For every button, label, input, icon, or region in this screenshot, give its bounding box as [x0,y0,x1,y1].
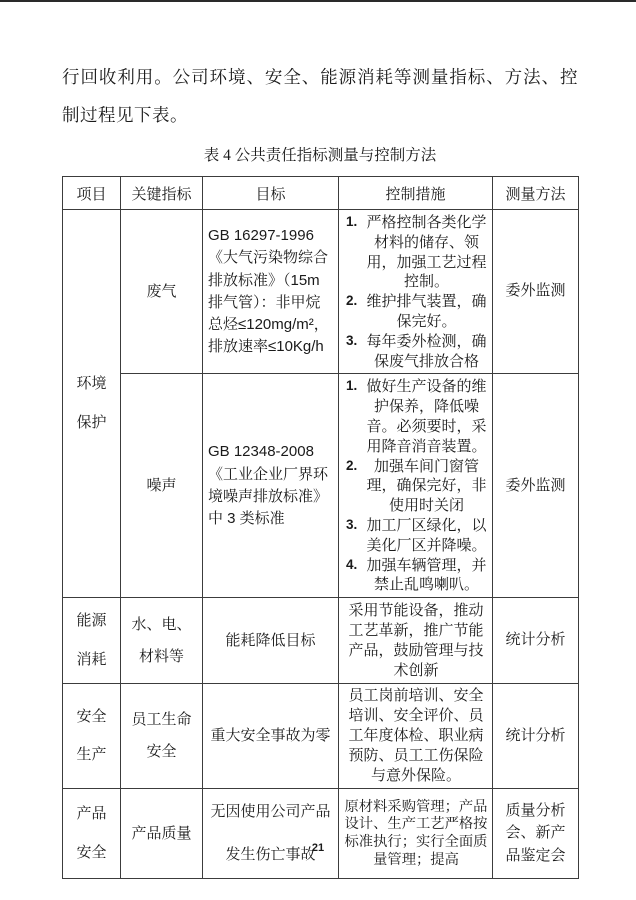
cell-project-product: 产品安全 [63,788,121,879]
cell-indicator-energy: 水、电、材料等 [121,598,203,684]
cell-measures-exhaust: 严格控制各类化学材料的储存、领用，加强工艺过程控制。 维护排气装置，确保完好。 … [339,210,493,374]
measure-item: 维护排气装置，确保完好。 [344,292,488,332]
cell-measures-noise: 做好生产设备的维护保养，降低噪音。必须要时，采用降音消音装置。 加强车间门窗管理… [339,374,493,598]
cell-project-safety: 安全生产 [63,684,121,789]
cell-method-safety: 统计分析 [493,684,579,789]
column-header-indicator: 关键指标 [121,177,203,210]
cell-method-product: 质量分析会、新产品鉴定会 [493,788,579,879]
measure-item: 严格控制各类化学材料的储存、领用，加强工艺过程控制。 [344,213,488,292]
table-row-exhaust: 环境保护 废气 GB 16297-1996 《大气污染物综合排放标准》（15m … [63,210,579,374]
column-header-measures: 控制措施 [339,177,493,210]
cell-method-energy: 统计分析 [493,598,579,684]
cell-indicator-safety: 员工生命安全 [121,684,203,789]
measure-list: 做好生产设备的维护保养，降低噪音。必须要时，采用降音消音装置。 加强车间门窗管理… [344,377,488,595]
table-header-row: 项目 关键指标 目标 控制措施 测量方法 [63,177,579,210]
cell-measures-safety: 员工岗前培训、安全培训、安全评价、员工年度体检、职业病预防、员工工伤保险与意外保… [339,684,493,789]
column-header-target: 目标 [203,177,339,210]
table-row-energy: 能源消耗 水、电、材料等 能耗降低目标 采用节能设备，推动工艺革新，推广节能产品… [63,598,579,684]
cell-indicator-exhaust: 废气 [121,210,203,374]
measure-item: 加工厂区绿化，以美化厂区并降噪。 [344,516,488,556]
measure-item: 加强车间门窗管理，确保完好，非使用时关闭 [344,457,488,516]
measure-item: 每年委外检测，确保废气排放合格 [344,332,488,372]
table-row-safety: 安全生产 员工生命安全 重大安全事故为零 员工岗前培训、安全培训、安全评价、员工… [63,684,579,789]
cell-project-environment: 环境保护 [63,210,121,598]
intro-paragraph: 行回收利用。公司环境、安全、能源消耗等测量指标、方法、控制过程见下表。 [62,58,578,134]
column-header-method: 测量方法 [493,177,579,210]
cell-project-energy: 能源消耗 [63,598,121,684]
cell-target-safety: 重大安全事故为零 [203,684,339,789]
measure-item: 加强车辆管理，并禁止乱鸣喇叭。 [344,556,488,596]
cell-target-product: 无因使用公司产品发生伤亡事故 [203,788,339,879]
cell-target-noise: GB 12348-2008 《工业企业厂界环境噪声排放标准》中 3 类标准 [203,374,339,598]
table-row-product: 产品安全 产品质量 无因使用公司产品发生伤亡事故 原材料采购管理；产品设计、生产… [63,788,579,879]
responsibility-table: 项目 关键指标 目标 控制措施 测量方法 环境保护 废气 GB 16297-19… [62,176,579,879]
page-number: 21 [0,842,636,854]
cell-indicator-noise: 噪声 [121,374,203,598]
cell-method-noise: 委外监测 [493,374,579,598]
cell-measures-product: 原材料采购管理；产品设计、生产工艺严格按标准执行；实行全面质量管理；提高 [339,788,493,879]
measure-list: 严格控制各类化学材料的储存、领用，加强工艺过程控制。 维护排气装置，确保完好。 … [344,213,488,371]
cell-target-energy: 能耗降低目标 [203,598,339,684]
cell-measures-energy: 采用节能设备，推动工艺革新，推广节能产品，鼓励管理与技术创新 [339,598,493,684]
table-title: 表 4 公共责任指标测量与控制方法 [62,143,578,165]
cell-target-exhaust: GB 16297-1996 《大气污染物综合排放标准》（15m 排气管）：非甲烷… [203,210,339,374]
document-page: 行回收利用。公司环境、安全、能源消耗等测量指标、方法、控制过程见下表。 表 4 … [0,0,636,900]
cell-method-exhaust: 委外监测 [493,210,579,374]
column-header-project: 项目 [63,177,121,210]
cell-indicator-product: 产品质量 [121,788,203,879]
measure-item: 做好生产设备的维护保养，降低噪音。必须要时，采用降音消音装置。 [344,377,488,456]
table-row-noise: 噪声 GB 12348-2008 《工业企业厂界环境噪声排放标准》中 3 类标准… [63,374,579,598]
